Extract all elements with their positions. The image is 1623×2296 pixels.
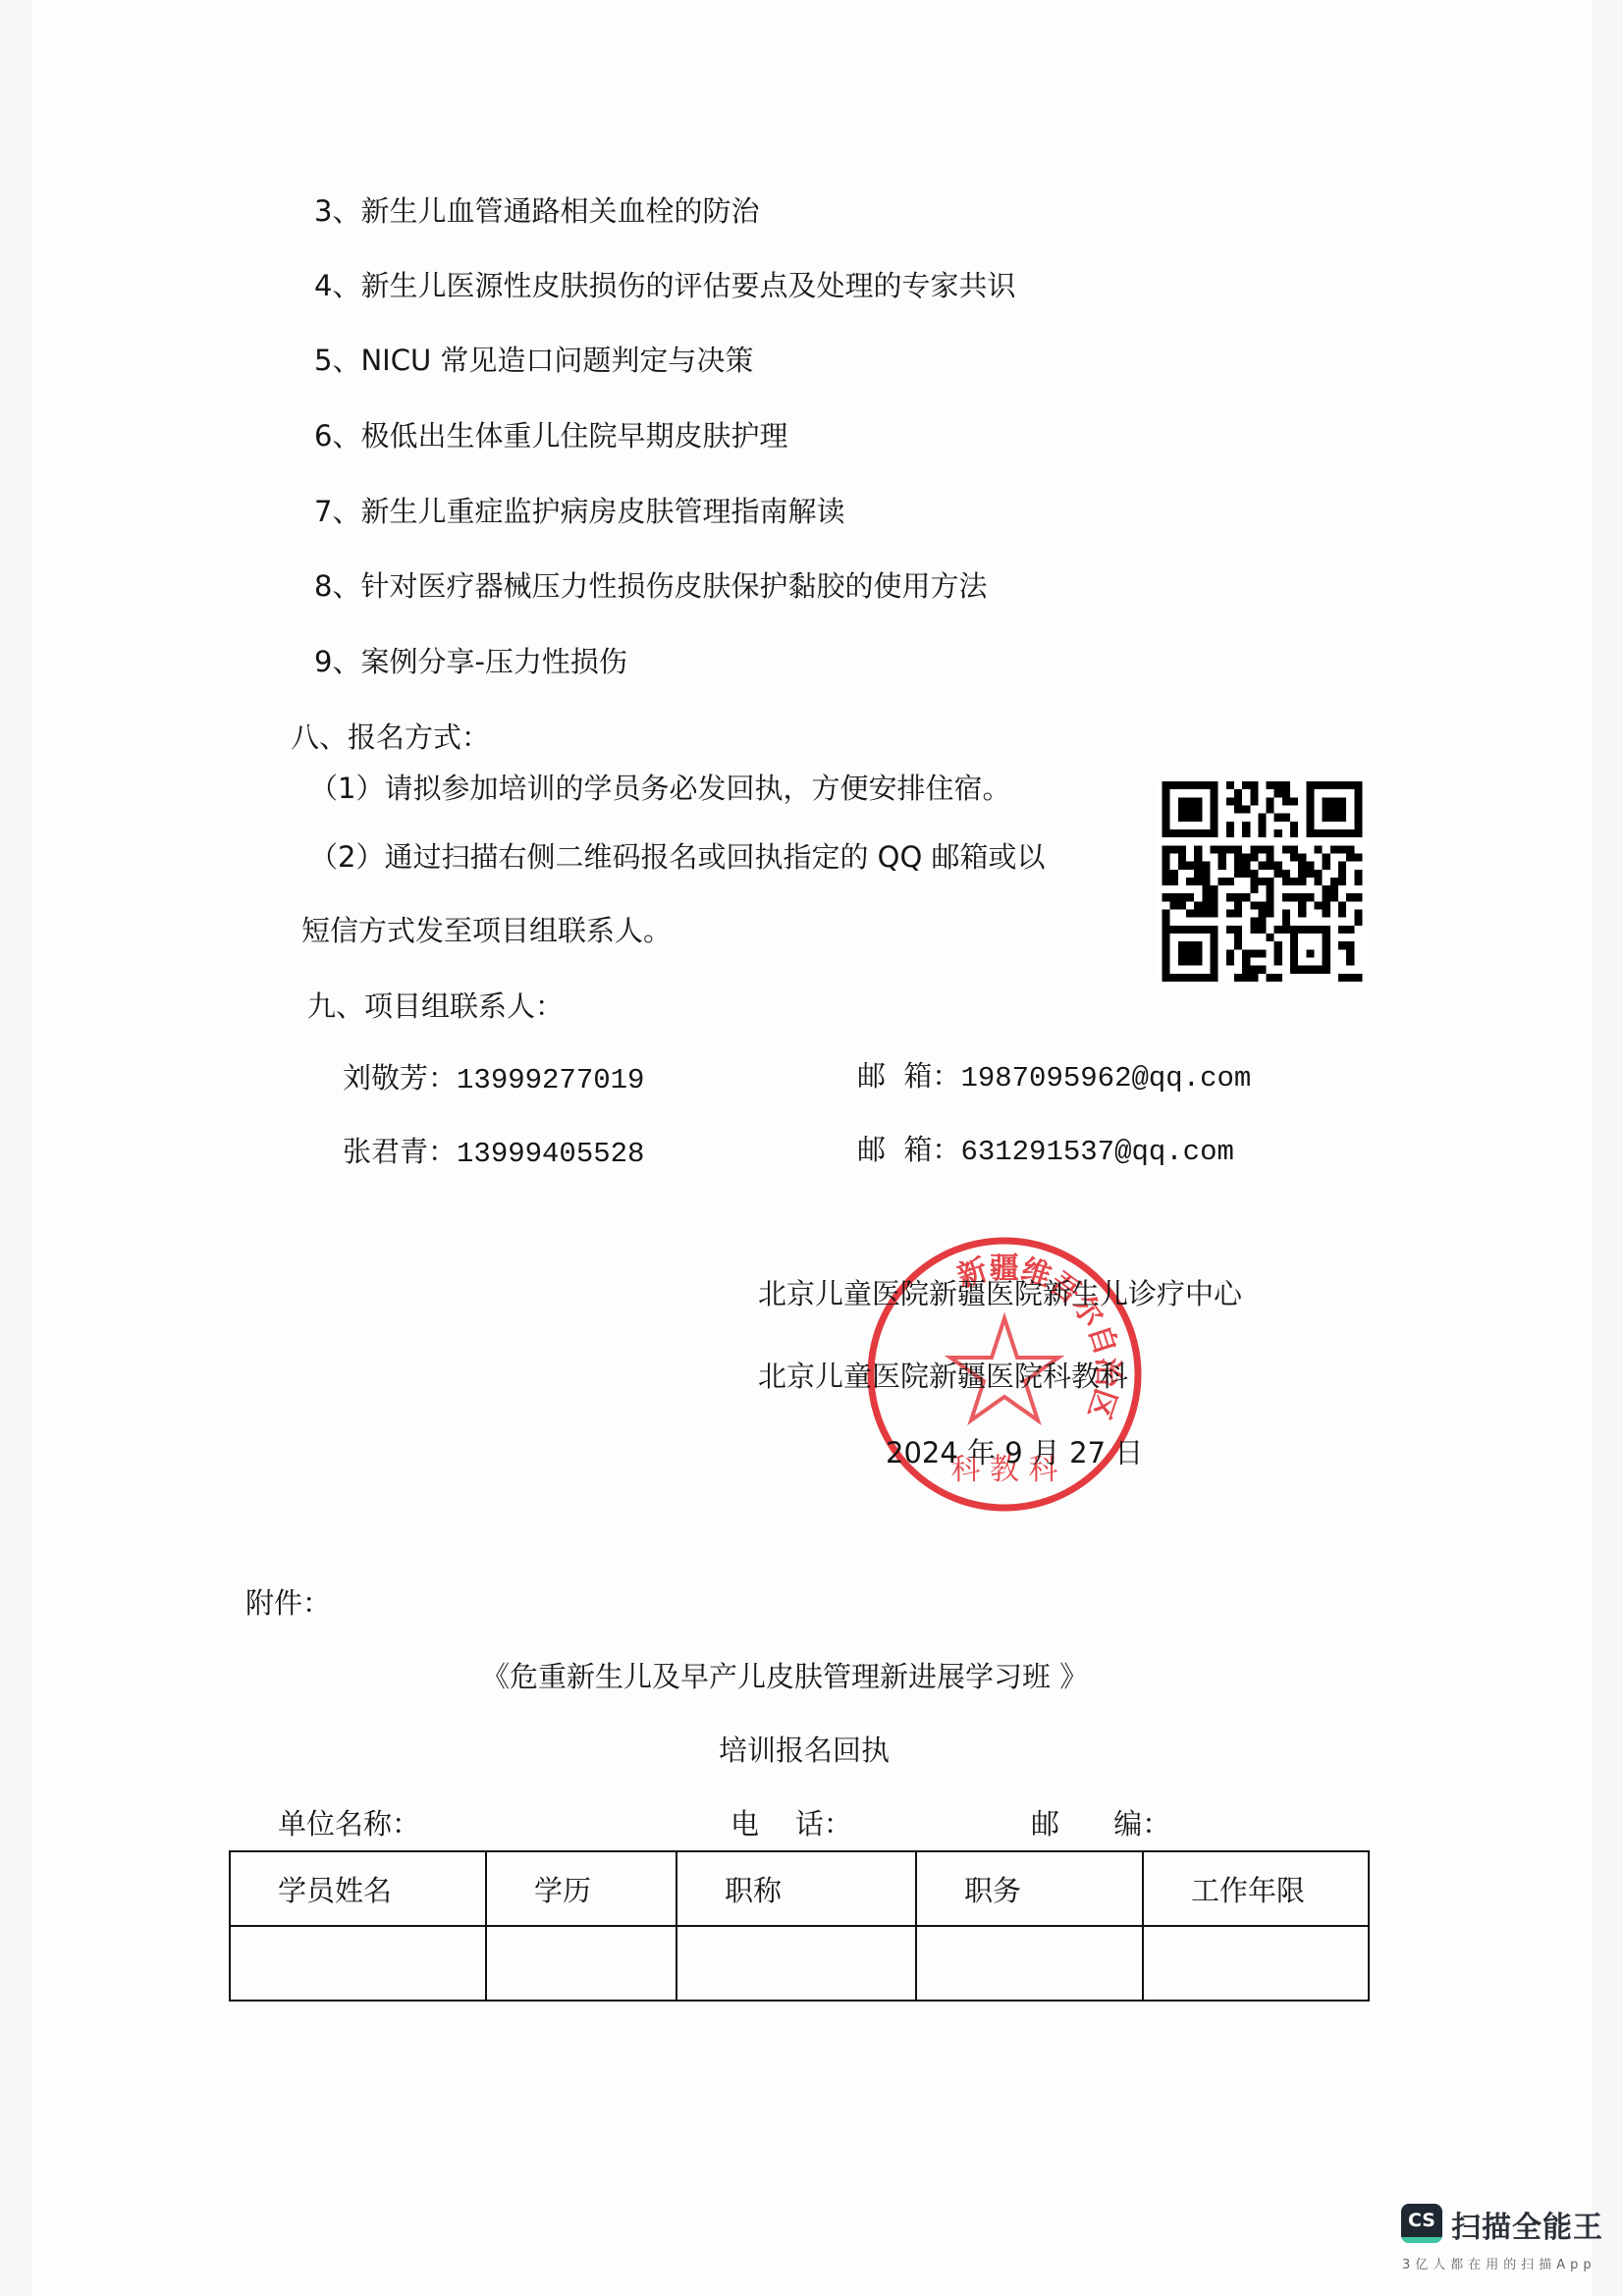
item-text: 新生儿血管通路相关血栓的防治 [360, 194, 759, 228]
table-header-row: 学员姓名 学历 职称 职务 工作年限 [230, 1851, 1369, 1926]
header-position: 职务 [916, 1851, 1143, 1926]
contact-email[interactable]: 631291537@qq.com [960, 1136, 1233, 1168]
header-education: 学历 [486, 1851, 676, 1926]
item-text: 案例分享-压力性损伤 [360, 645, 626, 678]
table-row [230, 1926, 1369, 2001]
registration-item-2-cont: 短信方式发至项目组联系人。 [301, 913, 672, 948]
contact-name: 张君青： [343, 1135, 457, 1168]
item-number: 3、 [314, 194, 360, 228]
course-item: 5、NICU 常见造口问题判定与决策 [314, 343, 753, 378]
contact-email-row: 邮 箱：631291537@qq.com [857, 1132, 1234, 1170]
course-item: 9、案例分享-压力性损伤 [314, 644, 627, 679]
header-title: 职称 [676, 1851, 916, 1926]
registration-item-1: （1）请拟参加培训的学员务必发回执，方便安排住宿。 [309, 771, 1010, 806]
email-label: 邮 箱： [857, 1133, 960, 1166]
course-item: 8、针对医疗器械压力性损伤皮肤保护黏胶的使用方法 [314, 568, 987, 604]
course-item: 7、新生儿重症监护病房皮肤管理指南解读 [314, 494, 844, 529]
email-label: 邮 箱： [857, 1059, 960, 1093]
registration-item-2: （2）通过扫描右侧二维码报名或回执指定的 QQ 邮箱或以 [309, 839, 1046, 875]
course-item: 4、新生儿医源性皮肤损伤的评估要点及处理的专家共识 [314, 268, 1015, 303]
contact-email-row: 邮 箱：1987095962@qq.com [857, 1058, 1251, 1096]
item-text: 新生儿医源性皮肤损伤的评估要点及处理的专家共识 [360, 269, 1015, 302]
contact-phone: 13999405528 [457, 1138, 644, 1170]
contact-row: 刘敬芳：13999277019 [343, 1060, 644, 1098]
signature-org-2: 北京儿童医院新疆医院科教科 [758, 1359, 1128, 1394]
attachment-subtitle: 培训报名回执 [719, 1733, 890, 1768]
course-item: 6、极低出生体重儿住院早期皮肤护理 [314, 418, 787, 454]
unit-name-field[interactable]: 单位名称： [278, 1806, 420, 1842]
item-text: 新生儿重症监护病房皮肤管理指南解读 [360, 495, 844, 528]
item-number: 5、 [314, 344, 360, 377]
cell-student-name[interactable] [230, 1926, 486, 2001]
course-item: 3、新生儿血管通路相关血栓的防治 [314, 193, 759, 229]
item-number: 4、 [314, 269, 360, 302]
attachment-label: 附件： [245, 1585, 331, 1621]
signature-date: 2024 年 9 月 27 日 [886, 1435, 1143, 1470]
phone-field[interactable]: 电 话： [730, 1806, 852, 1842]
postcode-field[interactable]: 邮 编： [1031, 1806, 1170, 1842]
cell-education[interactable] [486, 1926, 676, 2001]
item-number: 7、 [314, 495, 360, 528]
contact-row: 张君青：13999405528 [343, 1134, 644, 1172]
attachment-title: 《危重新生儿及早产儿皮肤管理新进展学习班 》 [481, 1659, 1088, 1694]
camscanner-logo-icon: CS [1401, 2204, 1442, 2243]
item-number: 9、 [314, 645, 360, 678]
registration-heading: 八、报名方式： [291, 720, 490, 755]
contacts-heading: 九、项目组联系人： [307, 988, 564, 1024]
cell-position[interactable] [916, 1926, 1143, 2001]
cell-title[interactable] [676, 1926, 916, 2001]
signature-org-1: 北京儿童医院新疆医院新生儿诊疗中心 [758, 1276, 1242, 1311]
item-text: 针对医疗器械压力性损伤皮肤保护黏胶的使用方法 [360, 569, 987, 603]
header-student-name: 学员姓名 [230, 1851, 486, 1926]
item-text: 极低出生体重儿住院早期皮肤护理 [360, 419, 787, 453]
cell-years-worked[interactable] [1143, 1926, 1369, 2001]
header-years-worked: 工作年限 [1143, 1851, 1369, 1926]
contact-email[interactable]: 1987095962@qq.com [960, 1062, 1251, 1095]
contact-phone: 13999277019 [457, 1064, 644, 1096]
contact-name: 刘敬芳： [343, 1061, 457, 1095]
item-number: 6、 [314, 419, 360, 453]
item-number: 8、 [314, 569, 360, 603]
camscanner-tagline: 3亿人都在用的扫描App [1402, 2254, 1596, 2272]
item-text: NICU 常见造口问题判定与决策 [360, 344, 753, 377]
qr-code-icon[interactable] [1157, 781, 1368, 982]
registration-form-table: 学员姓名 学历 职称 职务 工作年限 [229, 1850, 1370, 2002]
camscanner-app-name: 扫描全能王 [1451, 2203, 1603, 2246]
